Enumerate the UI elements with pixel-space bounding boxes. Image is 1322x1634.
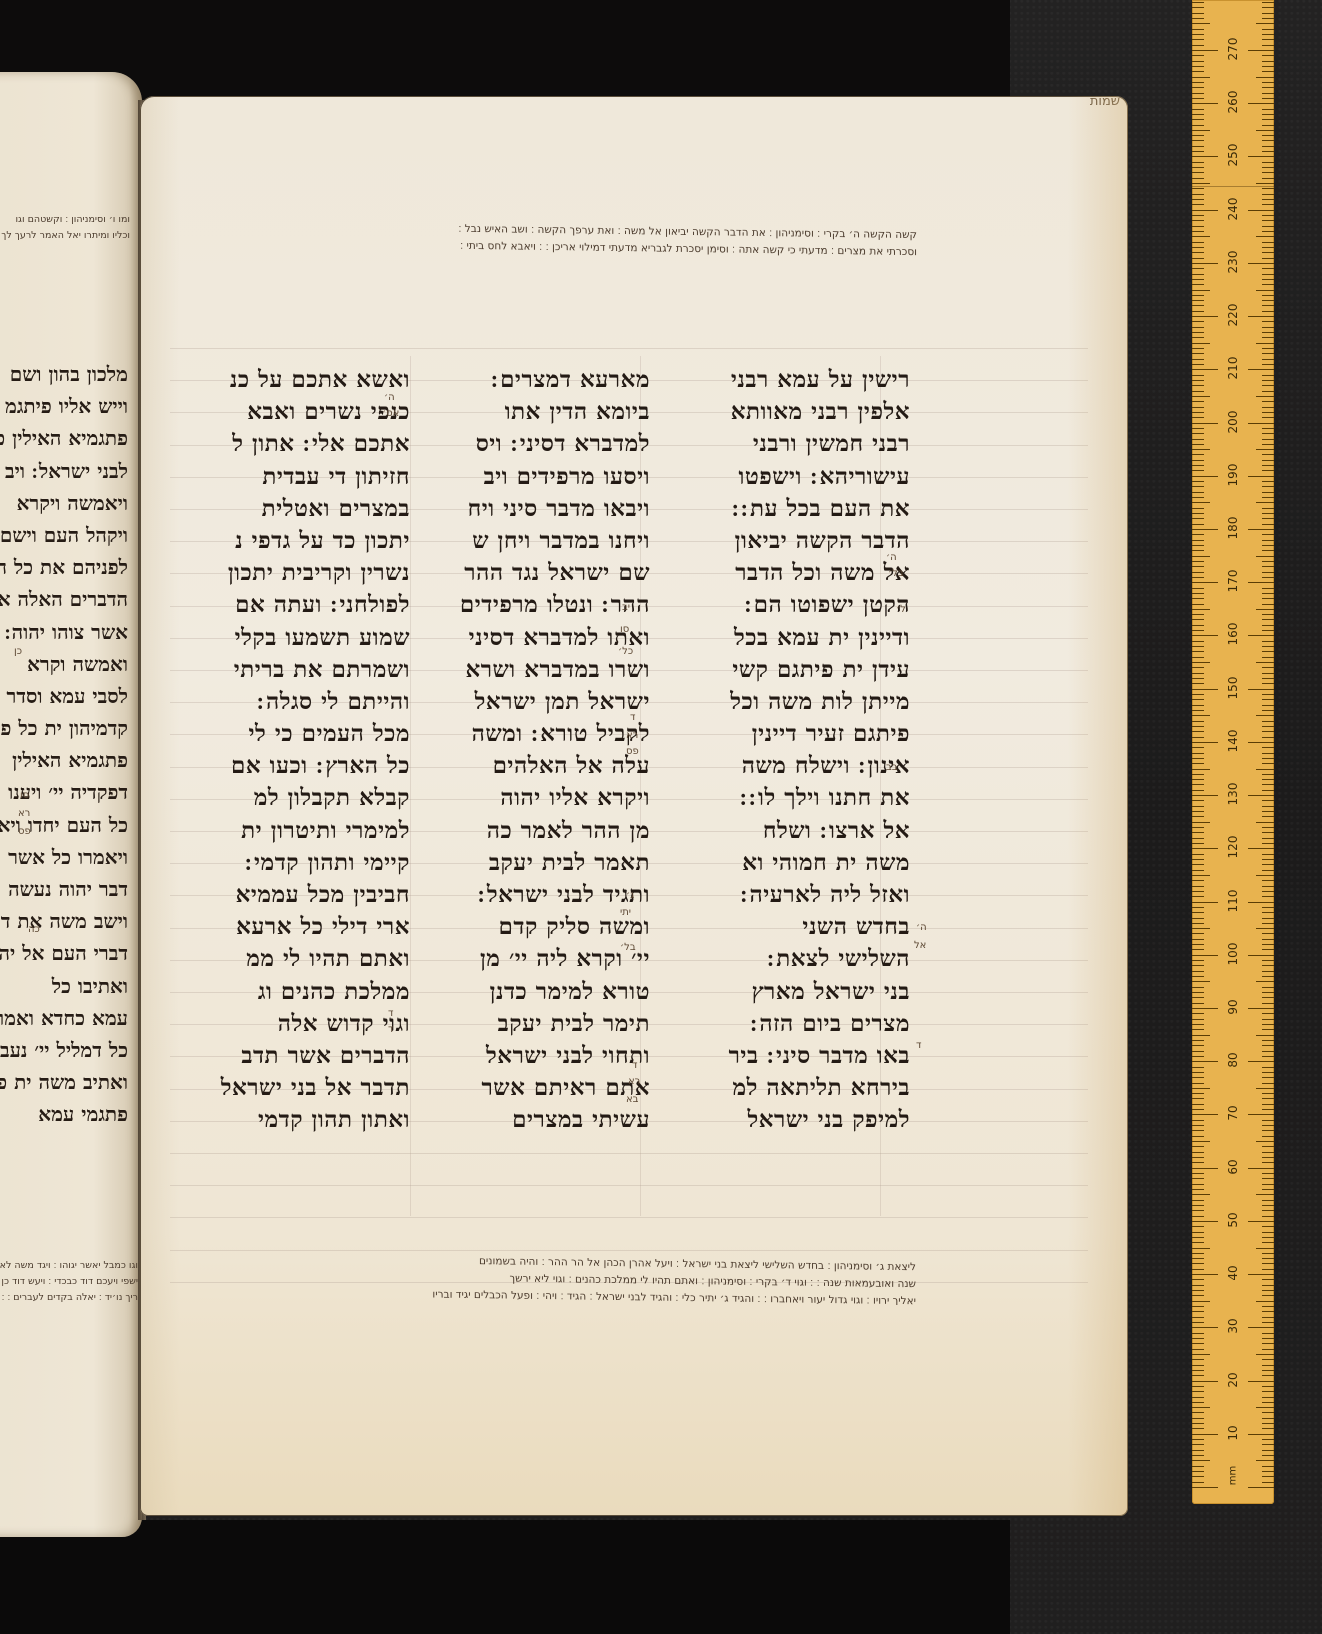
text-line: ממלכת כהנים וג (178, 976, 410, 1008)
ruler-tick (1192, 827, 1204, 828)
ruler-tick (1192, 1487, 1218, 1488)
ruler-tick (1192, 1434, 1218, 1435)
ruler-tick (1192, 337, 1204, 338)
ruler-number: 210 (1226, 355, 1240, 381)
ruler-tick (1256, 609, 1274, 610)
ruler-tick (1192, 907, 1204, 908)
verso-masorah-bottom: וגו כמבל יאשר יגוהו ׃ ויגד משה לא ישפי ו… (0, 1258, 138, 1306)
ruler-tick (1192, 279, 1204, 280)
marginal-note: כן (14, 646, 22, 657)
text-line: את חתנו וילך לו ׃ ׃ (662, 782, 910, 814)
ruler-tick (1192, 87, 1204, 88)
ruler-tick (1262, 295, 1274, 296)
ruler-tick (1192, 774, 1204, 775)
ruler-tick (1256, 236, 1274, 237)
ruler-tick (1192, 396, 1210, 397)
ruler-tick (1192, 816, 1204, 817)
text-line: ואתם תהיו לי ממ (178, 943, 410, 975)
ruler-tick (1248, 50, 1274, 51)
ruler-tick (1192, 1173, 1204, 1174)
ruler-tick (1262, 784, 1274, 785)
ruler-tick (1192, 880, 1204, 881)
ruler-tick (1192, 1136, 1204, 1137)
text-line: אתם ראיתם אשר (416, 1072, 650, 1104)
ruler-tick (1192, 870, 1204, 871)
ruler-tick (1262, 135, 1274, 136)
marginal-note: ד (388, 1024, 393, 1035)
ruler-tick (1262, 545, 1274, 546)
ruler-tick (1256, 23, 1274, 24)
ruler-tick (1192, 1024, 1204, 1025)
ruler-tick (1192, 667, 1204, 668)
ruler-tick (1248, 1061, 1274, 1062)
ruler-tick (1192, 1295, 1204, 1296)
ruler-tick (1192, 481, 1204, 482)
ruler-tick (1248, 1008, 1274, 1009)
text-line: למיפק בני ישראל (662, 1104, 910, 1136)
ruler-tick (1262, 683, 1274, 684)
ruler-tick (1262, 625, 1274, 626)
ruler-tick (1192, 220, 1204, 221)
marginal-note: יתי (620, 907, 631, 918)
ruler-tick (1192, 1093, 1204, 1094)
ruler-tick (1248, 316, 1274, 317)
ruler-tick (1262, 470, 1274, 471)
ruler-tick (1192, 1141, 1210, 1142)
verso-text-column: מלכון בהון ושםוייש אליו פיתגמפתגמיא האיל… (0, 358, 128, 1131)
ruler-tick (1262, 454, 1274, 455)
ruler-tick (1262, 572, 1274, 573)
ruler-number: 70 (1226, 1100, 1240, 1126)
ruler-tick (1262, 1402, 1274, 1403)
ruler-tick (1262, 1439, 1274, 1440)
ruler-tick (1192, 651, 1204, 652)
text-line: ודיינין ית עמא בכל (662, 622, 910, 654)
ruler-tick (1262, 896, 1274, 897)
text-line: ואתו למדברא דסיני (416, 622, 650, 654)
ruler-tick (1262, 194, 1274, 195)
ruler-tick (1256, 449, 1274, 450)
ruler-tick (1192, 1083, 1204, 1084)
ruler-tick (1192, 401, 1204, 402)
ruler-tick (1192, 412, 1204, 413)
ruler-tick (1192, 1349, 1204, 1350)
ruler-tick (1192, 130, 1210, 131)
ruler-tick (1262, 1045, 1274, 1046)
ruler-tick (1192, 1418, 1204, 1419)
ruler-tick (1262, 1242, 1274, 1243)
verso-masorah-bottom-line: וגו כמבל יאשר יגוהו ׃ ויגד משה לא (0, 1258, 138, 1274)
ruler-tick (1192, 822, 1210, 823)
ruler-tick (1248, 635, 1274, 636)
ruler-tick (1192, 689, 1218, 690)
ruler-tick (1192, 13, 1204, 14)
ruler-number: 110 (1226, 888, 1240, 914)
ruler-tick (1192, 678, 1204, 679)
ruler-tick (1192, 55, 1204, 56)
verso-text-line: הדברים האלה אש (0, 583, 128, 615)
text-line: במצרים ואטלית (178, 493, 410, 525)
text-line: רבני חמשין ורבני (662, 428, 910, 460)
ruler-number: 230 (1226, 249, 1240, 275)
ruler-tick (1192, 1402, 1204, 1403)
ruler-tick (1262, 870, 1274, 871)
ruler-tick (1192, 364, 1204, 365)
ruler-tick (1192, 545, 1204, 546)
text-line: כנפי נשרים ואבא (178, 396, 410, 428)
ruler-tick (1262, 311, 1274, 312)
ruler-tick (1192, 731, 1204, 732)
ruler-tick (1262, 1077, 1274, 1078)
ruler-tick (1262, 252, 1274, 253)
ruler-tick (1262, 1136, 1274, 1137)
ruler-tick (1192, 588, 1204, 589)
ruler-tick (1262, 1412, 1274, 1413)
ruler-tick (1192, 992, 1204, 993)
ruler-tick (1248, 1274, 1274, 1275)
marginal-note: פס (18, 826, 31, 837)
text-line: ושמרתם את בריתי (178, 654, 410, 686)
ruler-tick (1262, 971, 1274, 972)
text-line: טורא למימר כדנן (416, 976, 650, 1008)
ruler-tick (1262, 1237, 1274, 1238)
ruler-tick (1192, 1232, 1204, 1233)
ruler-tick (1262, 204, 1274, 205)
text-line: ישראל תמן ישראל (416, 686, 650, 718)
ruler-tick (1192, 29, 1204, 30)
verso-text-line: ואתיב משה ית פתג (0, 1066, 128, 1098)
text-line: ויסעו מרפידים ויב (416, 461, 650, 493)
ruler-tick (1262, 1232, 1274, 1233)
ruler-tick (1192, 460, 1204, 461)
ruler-tick (1192, 832, 1204, 833)
ruler-tick (1192, 274, 1204, 275)
text-line: בירחא תליתאה למ (662, 1072, 910, 1104)
ruler-tick (1192, 683, 1204, 684)
ruler-tick (1192, 726, 1204, 727)
verso-text-line: וייש אליו פיתגמ (0, 390, 128, 422)
text-line: ואזל ליה לארעיה ׃ (662, 879, 910, 911)
ruler-tick (1192, 1035, 1210, 1036)
marginal-note: בל׳ (888, 568, 904, 579)
ruler-tick (1262, 614, 1274, 615)
ruler-tick (1192, 1003, 1204, 1004)
ruler-tick (1192, 987, 1204, 988)
ruler-tick (1262, 854, 1274, 855)
ruler-tick (1192, 231, 1204, 232)
text-line: הדבר הקשה יביאון (662, 525, 910, 557)
ruler-tick (1192, 981, 1210, 982)
ruler-number: 30 (1226, 1313, 1240, 1339)
ruler-tick (1262, 274, 1274, 275)
verso-text-line: קדמיהון ית כל פית (0, 712, 128, 744)
ruler-tick (1262, 1024, 1274, 1025)
ruler-tick (1262, 1338, 1274, 1339)
ruler-tick (1192, 1455, 1204, 1456)
ruler-tick (1256, 1141, 1274, 1142)
ruler-tick (1192, 1056, 1204, 1057)
ruler-tick (1262, 1019, 1274, 1020)
ruler-tick (1192, 1370, 1204, 1371)
verso-text-line: ויאמשה ויקרא (0, 487, 128, 519)
ruler-number: 260 (1226, 89, 1240, 115)
ruler-tick (1262, 1003, 1274, 1004)
ruler-tick (1192, 369, 1218, 370)
ruler-tick (1262, 61, 1274, 62)
ruler-tick (1192, 1343, 1204, 1344)
ruler-tick (1192, 960, 1204, 961)
ruler-tick (1262, 843, 1274, 844)
ruler-unit-label: mm (1228, 1463, 1239, 1489)
ruler-tick (1192, 1317, 1204, 1318)
ruler-tick (1256, 1248, 1274, 1249)
ruler-tick (1262, 1311, 1274, 1312)
text-line: ותחוי לבני ישראל (416, 1040, 650, 1072)
ruler-tick (1192, 1045, 1204, 1046)
ruler-tick (1248, 1434, 1274, 1435)
verso-text-line: ויקהל העם וישם (0, 519, 128, 551)
ruler-number: 240 (1226, 196, 1240, 222)
ruler-tick (1192, 1184, 1204, 1185)
ruler-tick (1192, 848, 1218, 849)
ruler-tick (1262, 375, 1274, 376)
ruler-tick (1192, 1306, 1204, 1307)
marginal-note: ג׳ (626, 890, 634, 901)
ruler-tick (1256, 822, 1274, 823)
text-line: אל משה וכל הדבר (662, 557, 910, 589)
ruler-tick (1192, 258, 1204, 259)
ruler-tick (1192, 284, 1204, 285)
ruler-tick (1262, 651, 1274, 652)
ruler-tick (1262, 976, 1274, 977)
text-line: אלפין רבני מאוותא (662, 396, 910, 428)
text-line: ושרו במדברא ושרא (416, 654, 650, 686)
marginal-note: ד (916, 1040, 921, 1051)
ruler-tick (1262, 1120, 1274, 1121)
ruler-tick (1262, 864, 1274, 865)
ruling-line (170, 1185, 1088, 1186)
text-line: תדבר אל בני ישראל (178, 1072, 410, 1104)
ruler-tick (1192, 1077, 1204, 1078)
ruler-tick (1262, 1125, 1274, 1126)
ruler-tick (1192, 1354, 1210, 1355)
ruler-tick (1262, 327, 1274, 328)
ruler-tick (1192, 45, 1204, 46)
ruler-tick (1192, 1365, 1204, 1366)
ruler-tick (1262, 1466, 1274, 1467)
ruler-tick (1192, 18, 1204, 19)
ruler-tick (1192, 98, 1204, 99)
ruler-tick (1262, 98, 1274, 99)
text-line: ויבאו מדבר סיני ויח (416, 493, 650, 525)
ruler-tick (1248, 1221, 1274, 1222)
ruler-tick (1192, 635, 1218, 636)
text-line: וגוי קדוש אלה (178, 1008, 410, 1040)
measurement-ruler: mm 1020304050607080901001101201301401501… (1192, 0, 1274, 1504)
text-line: הדברים אשר תדב (178, 1040, 410, 1072)
ruler-tick (1256, 290, 1274, 291)
text-line: למדברא דסיני ׃ ויס (416, 428, 650, 460)
ruler-number: 220 (1226, 302, 1240, 328)
ruler-tick (1192, 61, 1204, 62)
marginal-note: יב (622, 602, 630, 613)
ruler-tick (1192, 215, 1204, 216)
ruler-tick (1192, 939, 1204, 940)
text-line: קבלא תקבלון למ (178, 782, 410, 814)
ruler-tick (1192, 657, 1204, 658)
ruler-tick (1192, 71, 1204, 72)
ruler-tick (1262, 433, 1274, 434)
ruler-tick (1262, 1072, 1274, 1073)
ruler-tick (1192, 1013, 1204, 1014)
ruler-tick (1262, 705, 1274, 706)
text-line: בני ישראל מארץ (662, 976, 910, 1008)
ruler-tick (1262, 918, 1274, 919)
ruler-tick (1262, 66, 1274, 67)
verso-text-line: לבני ישראל ׃ ויב (0, 455, 128, 487)
ruler-tick (1192, 784, 1204, 785)
text-line: פיתגם זעיר דיינין (662, 718, 910, 750)
ruler-tick (1192, 1114, 1218, 1115)
ruler-tick (1262, 949, 1274, 950)
ruler-tick (1192, 1072, 1204, 1073)
ruler-tick (1262, 721, 1274, 722)
marginal-note: רא (18, 808, 30, 819)
ruler-tick (1192, 955, 1218, 956)
ruler-tick (1248, 529, 1274, 530)
ruler-tick (1262, 726, 1274, 727)
ruler-tick (1192, 891, 1204, 892)
ruler-tick (1248, 1381, 1274, 1382)
ruler-tick (1192, 433, 1204, 434)
ruler-tick (1192, 800, 1204, 801)
ruler-tick (1256, 1194, 1274, 1195)
ruler-tick (1262, 93, 1274, 94)
ruler-tick (1192, 1152, 1204, 1153)
ruler-tick (1262, 279, 1274, 280)
ruler-tick (1262, 220, 1274, 221)
ruler-tick (1192, 763, 1204, 764)
ruler-tick (1262, 34, 1274, 35)
ruler-tick (1192, 1386, 1204, 1387)
ruler-tick (1262, 1317, 1274, 1318)
ruler-tick (1192, 188, 1204, 189)
ruler-tick (1192, 540, 1204, 541)
marginal-note: ה׳ (886, 552, 897, 563)
ruler-tick (1192, 949, 1204, 950)
ruler-tick (1262, 1184, 1274, 1185)
ruler-tick (1262, 641, 1274, 642)
ruler-tick (1192, 1216, 1204, 1217)
ruler-tick (1192, 1008, 1218, 1009)
ruler-tick (1192, 1359, 1204, 1360)
ruler-tick (1192, 886, 1204, 887)
verso-text-line: אשר צוהו יהוה ׃ (0, 616, 128, 648)
ruler-tick (1262, 45, 1274, 46)
ruler-tick (1262, 1162, 1274, 1163)
ruler-tick (1192, 1019, 1204, 1020)
ruler-tick (1192, 1460, 1210, 1461)
ruler-tick (1256, 502, 1274, 503)
ruler-tick (1262, 753, 1274, 754)
ruler-tick (1262, 231, 1274, 232)
ruler-tick (1262, 939, 1274, 940)
ruler-tick (1192, 838, 1204, 839)
marginal-note: סו (620, 624, 629, 635)
ruler-tick (1192, 247, 1204, 248)
ruler-tick (1256, 769, 1274, 770)
ruler-tick (1192, 582, 1218, 583)
ruler-tick (1262, 1391, 1274, 1392)
ruler-tick (1192, 353, 1204, 354)
ruler-tick (1262, 667, 1274, 668)
text-line: חביבין מכל עממיא (178, 879, 410, 911)
ruler-tick (1192, 1476, 1204, 1477)
ruler-tick (1192, 715, 1210, 716)
ruler-number: 120 (1226, 834, 1240, 860)
text-line: מן ההר לאמר כה (416, 815, 650, 847)
ruler-tick (1192, 758, 1204, 759)
ruler-tick (1248, 848, 1274, 849)
ruler-tick (1262, 1146, 1274, 1147)
ruler-tick (1192, 470, 1204, 471)
ruler-tick (1262, 1013, 1274, 1014)
ruler-tick (1262, 960, 1274, 961)
masorah-magna-top: קשה הקשה ה׳ בקרי ׃ וסימניהון ׃ את הדבר ה… (182, 222, 917, 256)
ruler-tick (1262, 247, 1274, 248)
ruler-tick (1192, 1061, 1218, 1062)
background-shadow-top (0, 0, 1010, 110)
ruler-tick (1192, 380, 1204, 381)
ruler-tick (1262, 1253, 1274, 1254)
ruler-tick (1192, 1290, 1204, 1291)
ruler-tick (1262, 800, 1274, 801)
ruler-tick (1192, 1423, 1204, 1424)
ruler-tick (1262, 1189, 1274, 1190)
verso-text-line: כל דמליל יי׳ נעביד (0, 1034, 128, 1066)
ruler-tick (1192, 1067, 1204, 1068)
ruler-tick (1192, 1322, 1204, 1323)
ruler-tick (1192, 646, 1204, 647)
ruler-tick (1262, 364, 1274, 365)
ruler-tick (1262, 1152, 1274, 1153)
ruler-tick (1192, 1466, 1204, 1467)
ruler-tick (1262, 7, 1274, 8)
ruler-tick (1262, 1104, 1274, 1105)
ruler-tick (1192, 125, 1204, 126)
ruler-tick (1192, 375, 1204, 376)
ruler-tick (1192, 391, 1204, 392)
ruler-tick (1192, 1253, 1204, 1254)
ruler-tick (1248, 156, 1274, 157)
text-line: משה ית חמוהי וא (662, 847, 910, 879)
verso-text-line: ויאמרו כל אשר (0, 841, 128, 873)
ruler-tick (1192, 486, 1204, 487)
ruler-tick (1192, 423, 1218, 424)
ruling-line (170, 1250, 1088, 1251)
ruler-tick (1192, 1333, 1204, 1334)
ruler-tick (1262, 997, 1274, 998)
ruler-tick (1192, 332, 1204, 333)
ruler-tick (1192, 795, 1218, 796)
ruler-tick (1192, 753, 1204, 754)
text-line: שמוע תשמעו בקלי (178, 622, 410, 654)
ruler-tick (1192, 896, 1204, 897)
ruler-tick (1192, 662, 1210, 663)
ruler-tick (1262, 731, 1274, 732)
text-line: מארעא דמצרים ׃ (416, 364, 650, 396)
ruler-tick (1262, 891, 1274, 892)
